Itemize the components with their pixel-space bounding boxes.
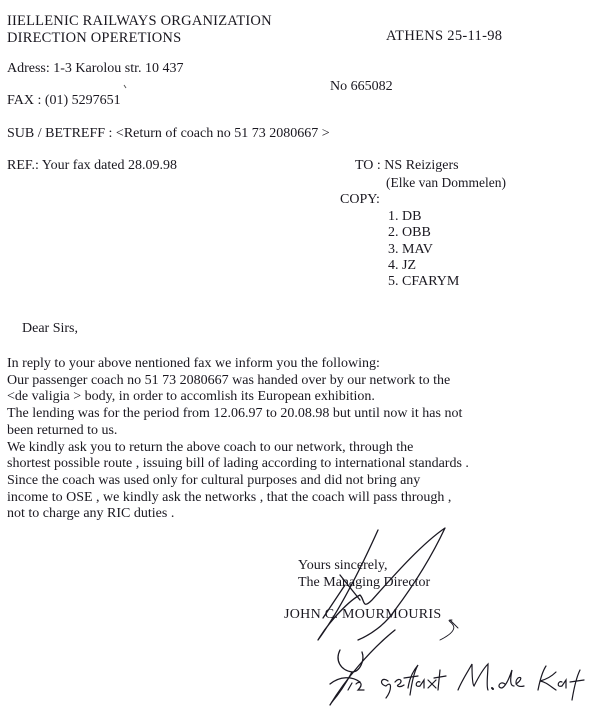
body-line: We kindly ask you to return the above co… [7, 440, 507, 457]
body-line: Our passenger coach no 51 73 2080667 was… [7, 373, 507, 390]
body-line: Since the coach was used only for cultur… [7, 473, 507, 490]
body-line: shortest possible route , issuing bill o… [7, 456, 507, 473]
closing-phrase: Yours sincerely, [298, 557, 430, 574]
sender-address: Adress: 1-3 Karolou str. 10 437 [7, 61, 184, 77]
organization-department: DIRECTION OPERETIONS [7, 30, 272, 47]
recipient-to: TO : NS Reizigers [355, 158, 459, 174]
body-line: income to OSE , we kindly ask the networ… [7, 490, 507, 507]
fax-number: FAX : (01) 5297651 [7, 93, 121, 109]
copy-recipient: 4. JZ [388, 258, 459, 274]
signatory-name: JOHN C. MOURMOURIS [284, 607, 441, 623]
subject-line: SUB / BETREFF : <Return of coach no 51 7… [7, 126, 330, 142]
recipient-contact: (Elke van Dommelen) [386, 175, 506, 191]
place-and-date: ATHENS 25-11-98 [386, 28, 502, 44]
copy-recipients-list: 1. DB 2. OBB 3. MAV 4. JZ 5. CFARYM [388, 209, 459, 290]
copy-recipient: 5. CFARYM [388, 274, 459, 290]
letterhead-organization: IIELLENIC RAILWAYS ORGANIZATION DIRECTIO… [7, 13, 272, 47]
letter-body: In reply to your above nentioned fax we … [7, 356, 507, 523]
salutation: Dear Sirs, [22, 321, 78, 337]
reference-line: REF.: Your fax dated 28.09.98 [7, 158, 177, 174]
copy-recipient: 1. DB [388, 209, 459, 225]
signatory-title: The Managing Director [298, 574, 430, 591]
body-line: The lending was for the period from 12.0… [7, 406, 507, 423]
organization-name: IIELLENIC RAILWAYS ORGANIZATION [7, 13, 272, 30]
closing-block: Yours sincerely, The Managing Director [298, 557, 430, 591]
copy-recipient: 2. OBB [388, 225, 459, 241]
body-line: <de valigia > body, in order to accomlis… [7, 389, 507, 406]
reference-number: No 665082 [330, 79, 393, 95]
copy-label: COPY: [340, 192, 380, 208]
body-line: been returned to us. [7, 423, 507, 440]
body-line: In reply to your above nentioned fax we … [7, 356, 507, 373]
copy-recipient: 3. MAV [388, 242, 459, 258]
body-line: not to charge any RIC duties . [7, 506, 507, 523]
